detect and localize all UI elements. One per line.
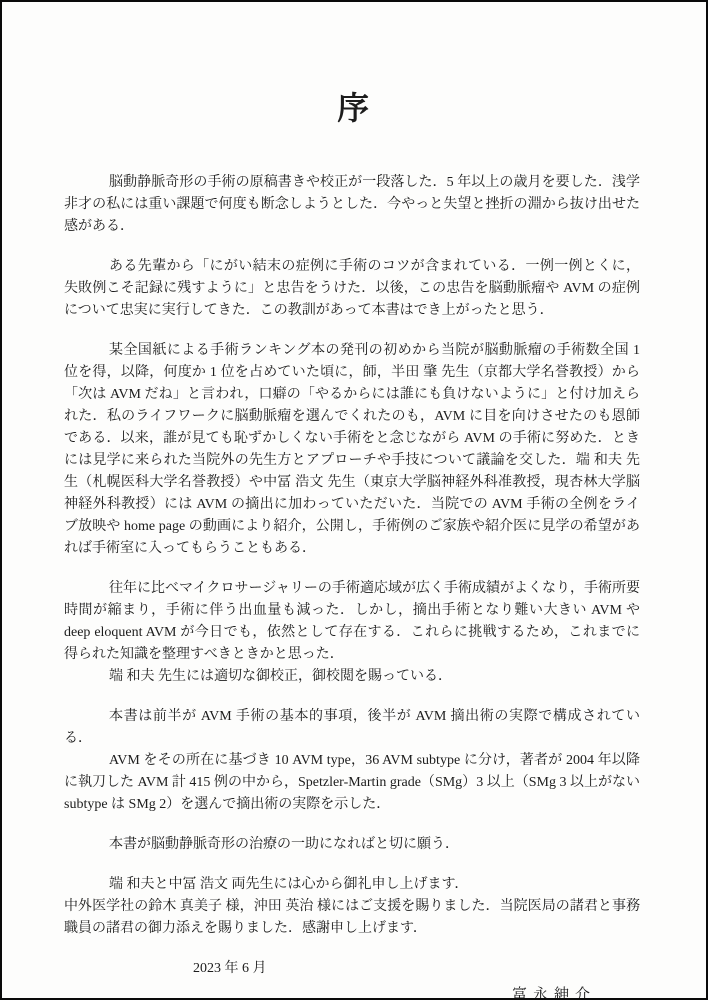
preface-paragraph: 脳動静脈奇形の手術の原稿書きや校正が一段落した．5 年以上の歳月を要した．浅学非…: [64, 172, 640, 238]
preface-paragraph: AVM をその所在に基づき 10 AVM type，36 AVM subtype…: [64, 750, 640, 816]
preface-paragraph: 本書は前半が AVM 手術の基本的事項，後半が AVM 摘出術の実際で構成されて…: [64, 706, 640, 750]
preface-paragraph: 中外医学社の鈴木 真美子 様，沖田 英治 様にはご支援を賜りました．当院医局の諸…: [64, 896, 640, 940]
preface-paragraph: 端 和夫と中冨 浩文 両先生には心から御礼申し上げます．: [64, 874, 640, 896]
preface-paragraph: ある先輩から「にがい結末の症例に手術のコツが含まれている．一例一例とくに，失敗例…: [64, 256, 640, 322]
preface-paragraph: 往年に比べマイクロサージャリーの手術適応域が広く手術成績がよくなり，手術所要時間…: [64, 578, 640, 666]
preface-paragraph: 某全国紙による手術ランキング本の発刊の初めから当院が脳動脈瘤の手術数全国 1 位…: [64, 340, 640, 560]
book-preface-page: 序 脳動静脈奇形の手術の原稿書きや校正が一段落した．5 年以上の歳月を要した．浅…: [0, 0, 708, 1000]
publication-date: 2023 年 6 月: [64, 958, 640, 980]
page-title: 序: [2, 2, 706, 124]
preface-paragraph: 端 和夫 先生には適切な御校正，御校閲を賜っている．: [64, 666, 640, 688]
preface-paragraph: 本書が脳動静脈奇形の治療の一助になればと切に願う．: [64, 834, 640, 856]
preface-body: 脳動静脈奇形の手術の原稿書きや校正が一段落した．5 年以上の歳月を要した．浅学非…: [2, 172, 706, 1000]
author-signature: 富永紳介: [64, 984, 640, 1000]
